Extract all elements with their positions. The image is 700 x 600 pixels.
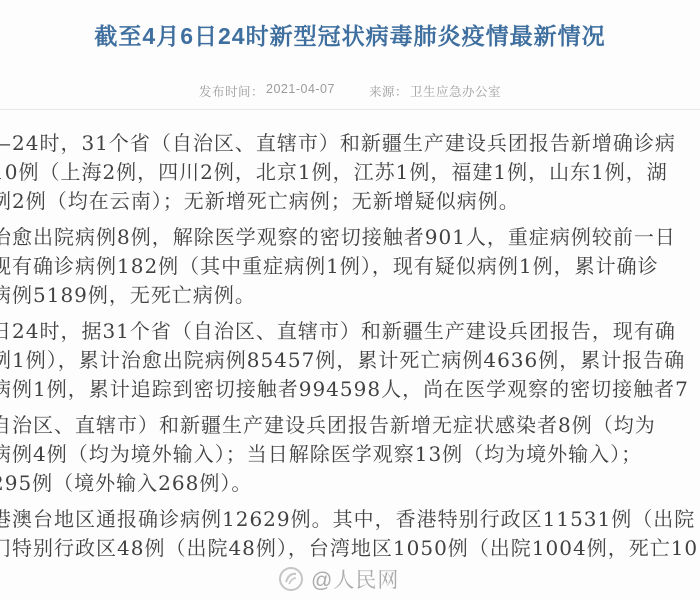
body-line: 门特别行政区48例（出院48例），台湾地区1050例（出院1004例，死亡10 xyxy=(0,534,700,563)
body-line: 例2例（均在云南）；无新增死亡病例；无新增疑似病例。 xyxy=(0,187,700,216)
peoples-daily-logo-icon xyxy=(278,566,304,592)
publish-time-value: 2021-04-07 xyxy=(266,82,335,100)
article-body: —24时，31个省（自治区、直辖市）和新疆生产建设兵团报告新增确诊病 10例（上… xyxy=(0,129,700,563)
watermark-handle: @人民网 xyxy=(311,564,399,594)
body-line: 自治区、直辖市）和新疆生产建设兵团报告新增无症状感染者8例（均为 xyxy=(0,411,700,440)
body-line: 日24时，据31个省（自治区、直辖市）和新疆生产建设兵团报告，现有确 xyxy=(0,317,700,346)
body-line: 病例1例，累计追踪到密切接触者994598人，尚在医学观察的密切接触者7 xyxy=(0,375,700,404)
body-line: 治愈出院病例8例，解除医学观察的密切接触者901人，重症病例较前一日 xyxy=(0,223,700,252)
paragraph-new-cases: —24时，31个省（自治区、直辖市）和新疆生产建设兵团报告新增确诊病 10例（上… xyxy=(0,129,700,216)
publish-time: 发布时间： 2021-04-07 xyxy=(199,82,335,100)
body-line: 10例（上海2例，四川2例，北京1例，江苏1例，福建1例，山东1例，湖 xyxy=(0,158,700,187)
page-title: 截至4月6日24时新型冠状病毒肺炎疫情最新情况 xyxy=(0,0,700,52)
body-line: 港澳台地区通报确诊病例12629例。其中，香港特别行政区11531例（出院 xyxy=(0,505,700,534)
paragraph-asymptomatic: 自治区、直辖市）和新疆生产建设兵团报告新增无症状感染者8例（均为 病例4例（均为… xyxy=(0,411,700,498)
publish-time-label: 发布时间： xyxy=(199,82,264,100)
paragraph-recovered: 治愈出院病例8例，解除医学观察的密切接触者901人，重症病例较前一日 现有确诊病… xyxy=(0,223,700,310)
body-line: 病例4例（均为境外输入）；当日解除医学观察13例（均为境外输入）； xyxy=(0,440,700,469)
source-label: 来源： xyxy=(369,82,408,100)
article-page: 截至4月6日24时新型冠状病毒肺炎疫情最新情况 发布时间： 2021-04-07… xyxy=(0,0,700,600)
header-divider xyxy=(0,109,700,110)
article-source: 来源： 卫生应急办公室 xyxy=(369,82,501,100)
source-value: 卫生应急办公室 xyxy=(410,82,501,100)
body-line: —24时，31个省（自治区、直辖市）和新疆生产建设兵团报告新增确诊病 xyxy=(0,129,700,158)
body-line: 现有确诊病例182例（其中重症病例1例），现有疑似病例1例，累计确诊 xyxy=(0,252,700,281)
paragraph-hk-mo-tw: 港澳台地区通报确诊病例12629例。其中，香港特别行政区11531例（出院 门特… xyxy=(0,505,700,563)
body-line: 295例（境外输入268例）。 xyxy=(0,469,700,498)
body-line: 例1例），累计治愈出院病例85457例，累计死亡病例4636例，累计报告确 xyxy=(0,346,700,375)
weibo-watermark: @人民网 xyxy=(278,564,399,594)
meta-spacer xyxy=(343,82,361,100)
body-line: 病例5189例，无死亡病例。 xyxy=(0,281,700,310)
paragraph-cumulative: 日24时，据31个省（自治区、直辖市）和新疆生产建设兵团报告，现有确 例1例），… xyxy=(0,317,700,404)
article-meta: 发布时间： 2021-04-07 来源： 卫生应急办公室 xyxy=(0,82,700,100)
